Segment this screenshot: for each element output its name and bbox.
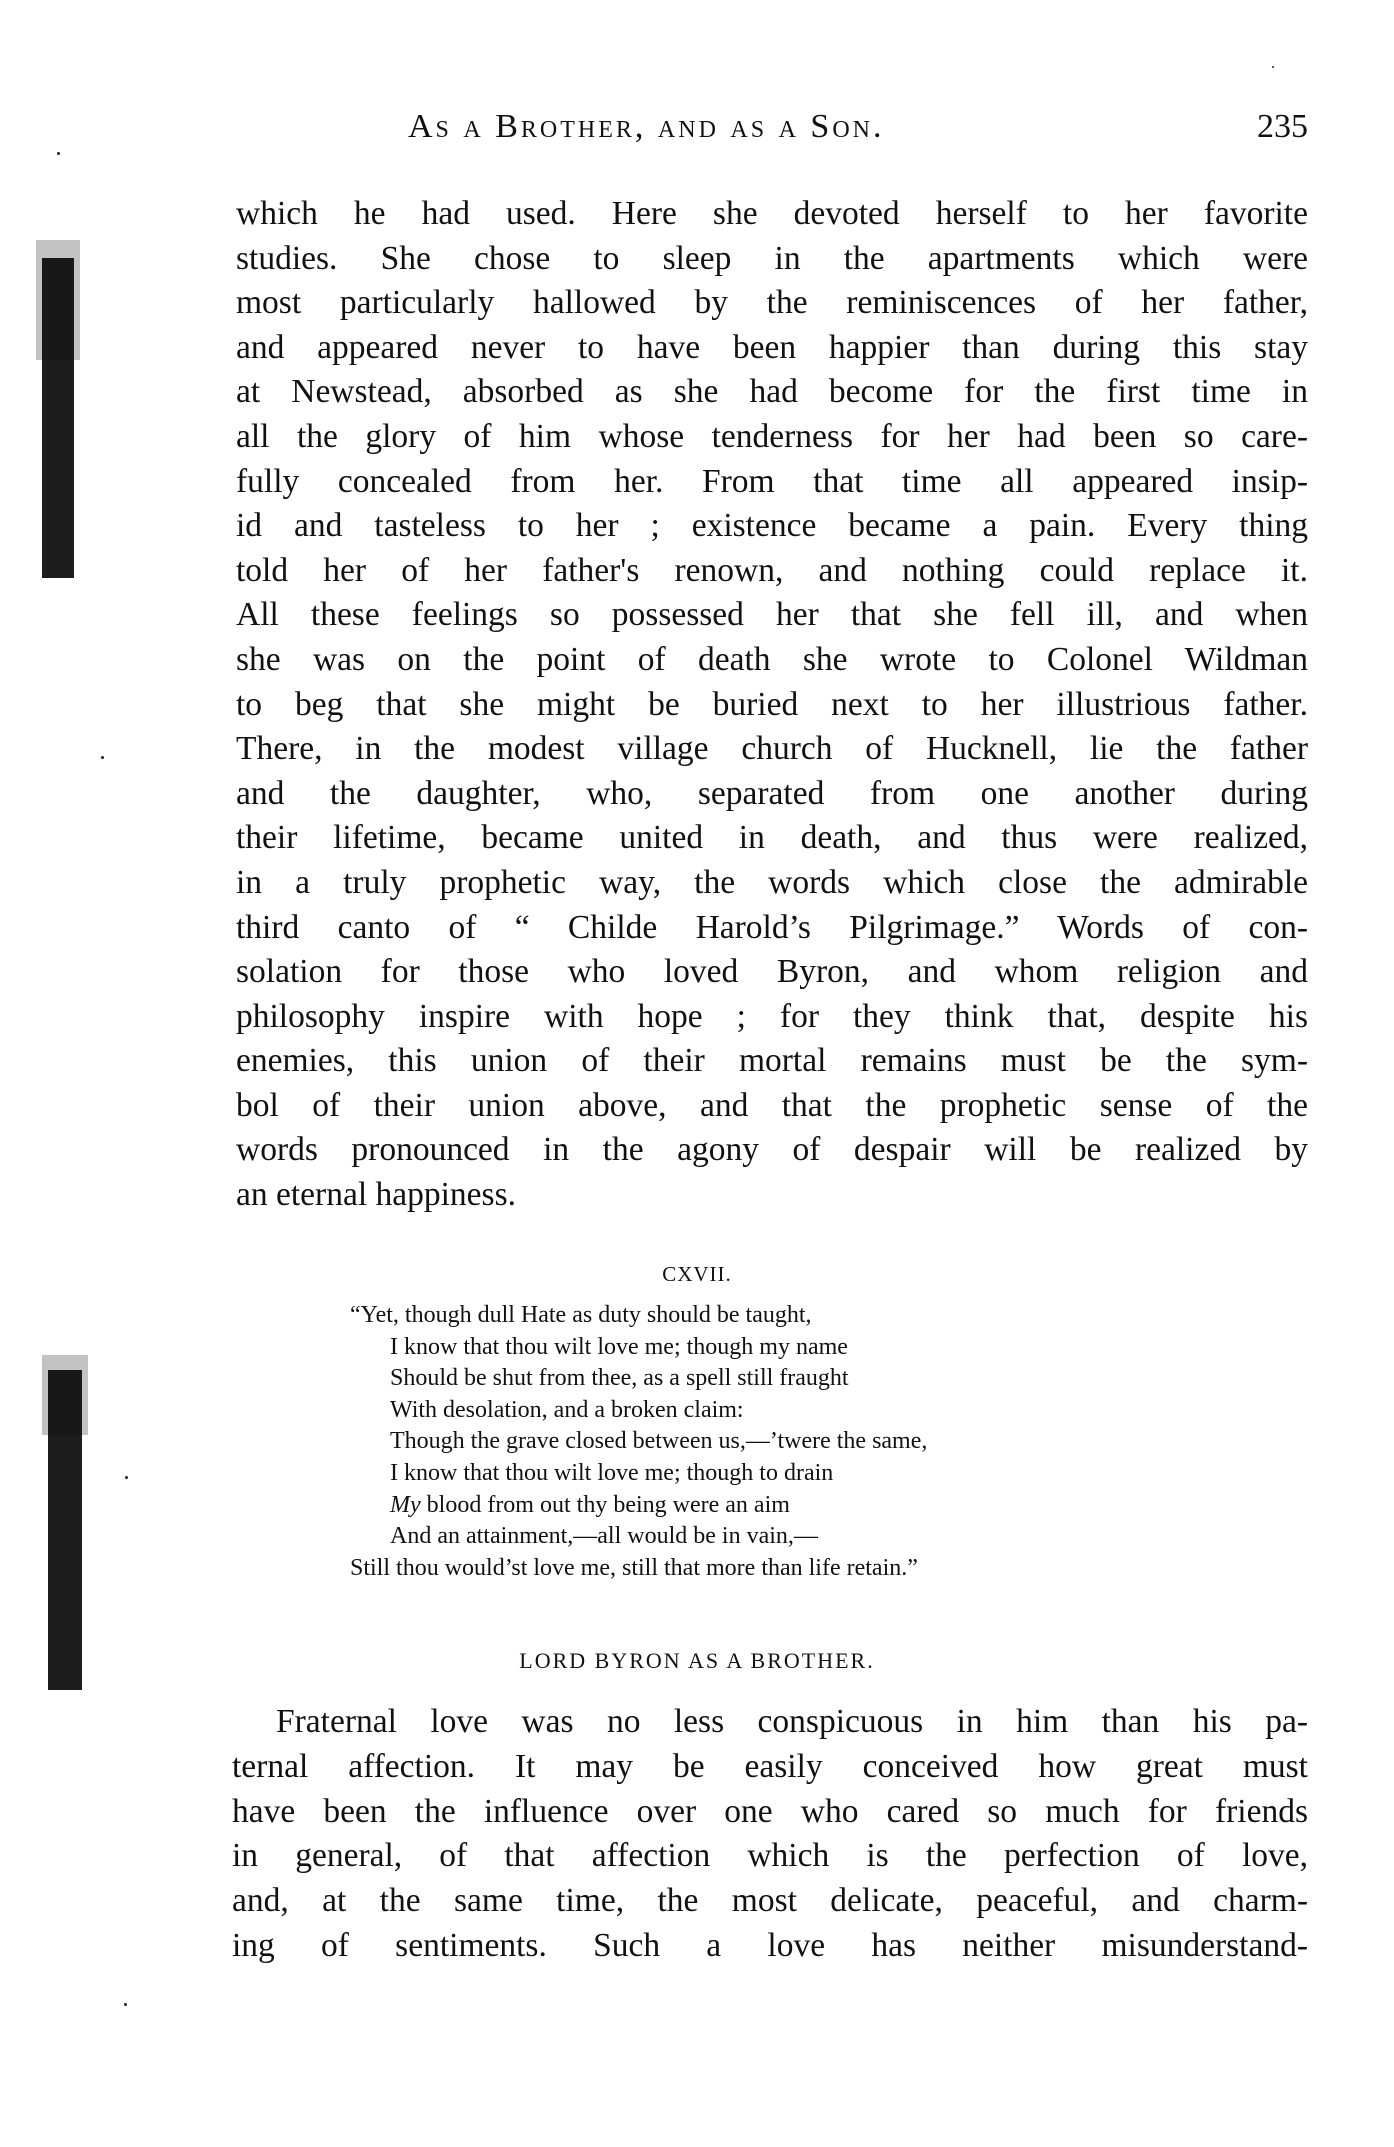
text-line: All these feelings so possessed her that… [236,593,1308,638]
text-line: which he had used. Here she devoted hers… [236,192,1308,237]
poem-line: And an attainment,—all would be in vain,… [350,1521,927,1553]
text-line: to beg that she might be buried next to … [236,683,1308,728]
text-line: Fraternal love was no less conspicuous i… [232,1700,1308,1745]
poem-line: Should be shut from thee, as a spell sti… [350,1363,927,1395]
text-line: philosophy inspire with hope ; for they … [236,995,1308,1040]
section-heading: LORD BYRON AS A BROTHER. [0,1648,1394,1674]
body-paragraph: which he had used. Here she devoted hers… [236,192,1308,1218]
poem-line: I know that thou wilt love me; though to… [350,1458,927,1490]
text-line: solation for those who loved Byron, and … [236,950,1308,995]
text-line: and appeared never to have been happier … [236,326,1308,371]
text-line: ing of sentiments. Such a love has neith… [232,1924,1308,1969]
poem-line: With desolation, and a broken claim: [350,1395,927,1427]
scan-speck [101,756,104,759]
text-line: in a truly prophetic way, the words whic… [236,861,1308,906]
italic-word: My [390,1492,421,1518]
text-line: told her of her father's renown, and not… [236,549,1308,594]
text-line: and, at the same time, the most delicate… [232,1879,1308,1924]
poem-line: My blood from out thy being were an aim [350,1490,927,1522]
text-line: fully concealed from her. From that time… [236,460,1308,505]
poem-line-text: blood from out thy being were an aim [427,1492,790,1518]
scan-speck [124,2003,127,2006]
text-line: words pronounced in the agony of despair… [236,1128,1308,1173]
poem-line: “Yet, though dull Hate as duty should be… [350,1300,927,1332]
binding-shadow-top-fade [36,240,80,360]
text-line: at Newstead, absorbed as she had become … [236,370,1308,415]
text-line: enemies, this union of their mortal rema… [236,1039,1308,1084]
text-line: all the glory of him whose tenderness fo… [236,415,1308,460]
running-head: As a Brother, and as a Son. 235 [236,108,1308,158]
running-title: As a Brother, and as a Son. [408,108,885,146]
stanza-number: CXVII. [0,1262,1394,1287]
poem-line: Though the grave closed between us,—’twe… [350,1426,927,1458]
text-line: an eternal happiness. [236,1173,1308,1218]
text-line: id and tasteless to her ; existence beca… [236,504,1308,549]
text-line: studies. She chose to sleep in the apart… [236,237,1308,282]
text-line: There, in the modest village church of H… [236,727,1308,772]
text-line: bol of their union above, and that the p… [236,1084,1308,1129]
binding-shadow-bottom-fade [42,1355,88,1435]
scan-speck [125,1476,128,1479]
poem-line: Still thou would’st love me, still that … [350,1553,927,1585]
text-line: third canto of “ Childe Harold’s Pilgrim… [236,906,1308,951]
scan-speck [57,152,60,155]
section-paragraph: Fraternal love was no less conspicuous i… [232,1700,1308,1969]
poem-stanza: “Yet, though dull Hate as duty should be… [350,1300,927,1584]
text-line: in general, of that affection which is t… [232,1834,1308,1879]
text-line: most particularly hallowed by the remini… [236,281,1308,326]
text-line: and the daughter, who, separated from on… [236,772,1308,817]
text-line: she was on the point of death she wrote … [236,638,1308,683]
poem-line: I know that thou wilt love me; though my… [350,1332,927,1364]
scan-speck [1272,66,1274,68]
book-page: As a Brother, and as a Son. 235 which he… [0,0,1394,2147]
text-line: ternal affection. It may be easily conce… [232,1745,1308,1790]
page-number: 235 [1257,108,1308,146]
text-line: have been the influence over one who car… [232,1790,1308,1835]
text-line: their lifetime, became united in death, … [236,816,1308,861]
